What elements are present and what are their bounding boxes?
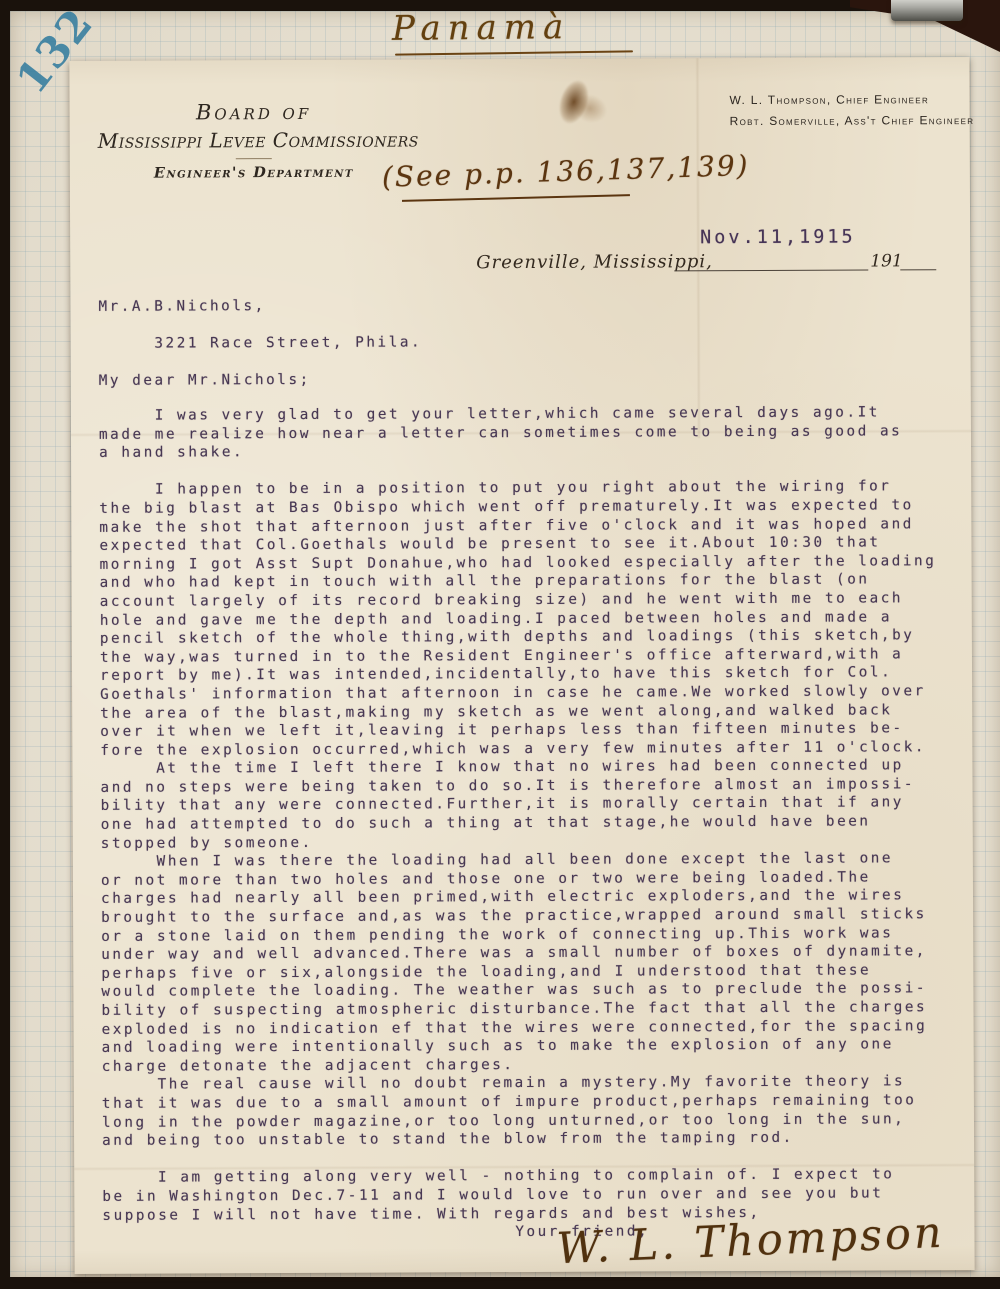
scanned-ledger-page: 132 Panamà Board of Mississippi Levee Co… <box>0 0 1000 1289</box>
org-line-2: Mississippi Levee Commissioners <box>98 127 410 152</box>
typed-body-line: one had attempted to do such a thing at … <box>101 812 938 834</box>
letterhead-org-block: Board of Mississippi Levee Commissioners… <box>98 99 410 181</box>
dateline-rule <box>674 269 868 271</box>
typed-body-line: and loading were intentionally such as t… <box>102 1035 939 1057</box>
letter-sheet: Board of Mississippi Levee Commissioners… <box>69 57 974 1274</box>
see-pages-underline <box>402 194 630 202</box>
fold-crease-vertical <box>695 58 701 438</box>
recipient-line-2: 3221 Race Street, Phila. <box>99 334 423 351</box>
typed-date: Nov.11,1915 <box>700 227 856 249</box>
officers-block: W. L. Thompson, Chief Engineer Robt. Som… <box>729 89 974 132</box>
letterhead-rule <box>236 158 272 159</box>
officer-line-chief: W. L. Thompson, Chief Engineer <box>729 89 974 111</box>
year-stub: 191 <box>870 251 903 271</box>
ink-smudge <box>537 69 616 151</box>
department-line: Engineer's Department <box>98 163 410 181</box>
recipient-line-1: Mr.A.B.Nichols, <box>98 298 265 315</box>
typed-body-line: be in Washington Dec.7-11 and I would lo… <box>102 1184 939 1206</box>
binder-clip-icon <box>891 0 963 21</box>
body-lines: I was very glad to get your letter,which… <box>99 403 939 1243</box>
year-rule <box>900 269 936 270</box>
salutation: My dear Mr.Nichols; <box>99 372 311 389</box>
typed-body-line: long in the powder magazine,or too long … <box>102 1110 939 1132</box>
panama-annotation: Panamà <box>392 7 571 49</box>
see-pages-note: (See p.p. 136,137,139) <box>381 149 750 194</box>
org-line-1: Board of <box>98 99 410 124</box>
officer-line-assistant: Robt. Somerville, Ass't Chief Engineer <box>730 110 975 132</box>
typed-body-line: made me realize how near a letter can so… <box>99 422 936 444</box>
